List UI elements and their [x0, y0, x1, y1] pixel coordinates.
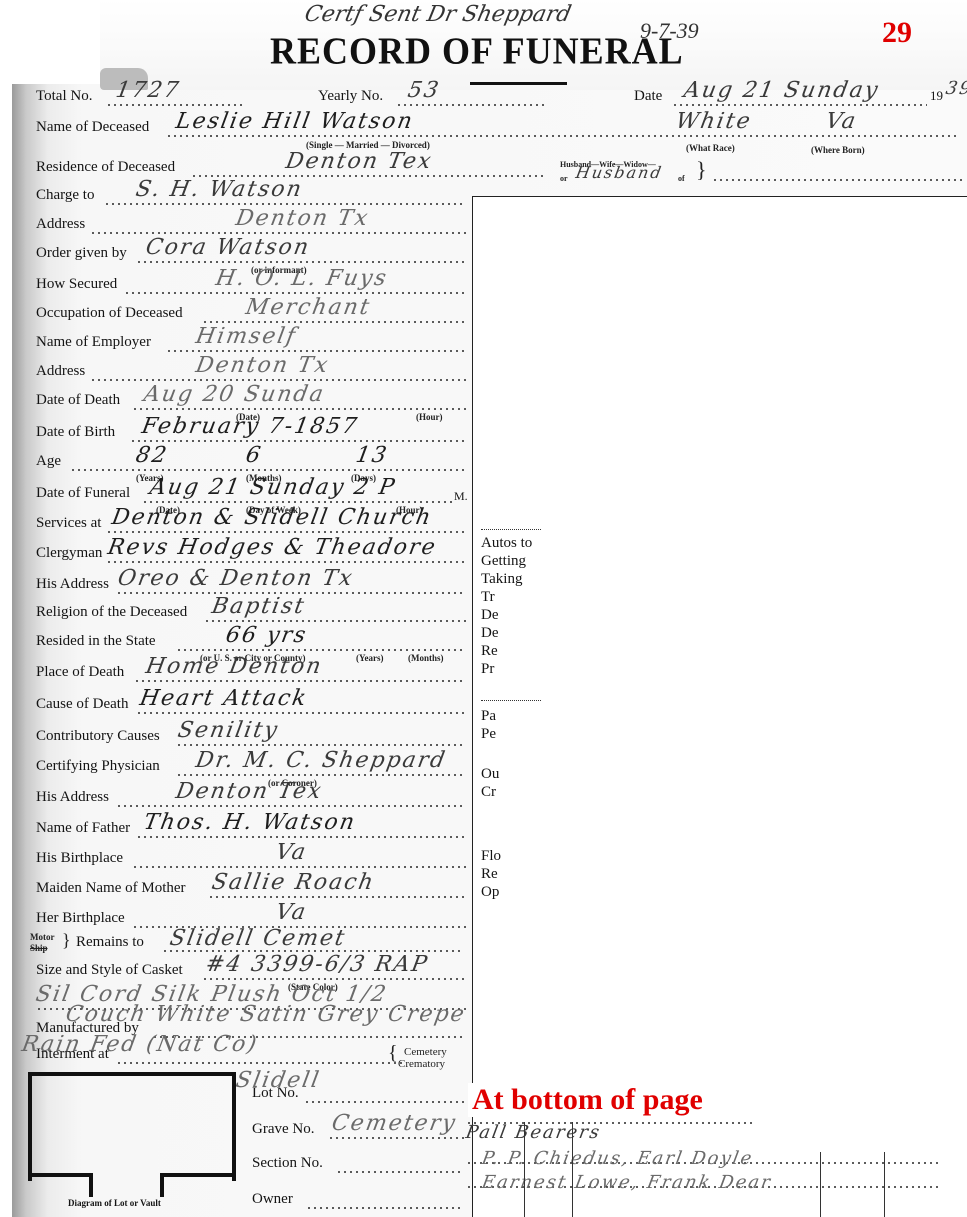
label: How Secured [36, 276, 117, 293]
right-label: Re [481, 642, 541, 660]
label: Address [36, 363, 85, 380]
label: Name of Employer [36, 334, 151, 351]
label: Date of Funeral [36, 485, 130, 502]
dotted-line [306, 1207, 464, 1209]
dotted-line [142, 501, 452, 503]
value: February 7-1857 [140, 414, 361, 439]
value: Slidell Cemet [168, 926, 348, 951]
husband-value: Husband [574, 163, 664, 182]
brace: } [696, 157, 707, 183]
label: His Address [36, 789, 109, 806]
value: Denton Tx [194, 353, 332, 378]
value: Aug 21 Sunday 2 P [148, 475, 398, 500]
right-label: Op [481, 883, 541, 901]
dotted-line [304, 1101, 464, 1103]
label: Religion of the Deceased [36, 604, 187, 621]
dotted-line [176, 744, 466, 746]
dotted-line [104, 203, 466, 205]
diagram-base [28, 1173, 92, 1177]
value: Himself [194, 324, 299, 349]
right-label: Pe [481, 725, 541, 743]
right-label: Pr [481, 660, 541, 678]
label: Grave No. [252, 1121, 314, 1138]
label: Clergyman [36, 545, 102, 562]
label: Address [36, 216, 85, 233]
dotted-line [116, 805, 466, 807]
right-column-labels: Autos to Getting Taking Tr De De Re Pr P… [481, 515, 541, 901]
dotted-line [70, 469, 466, 471]
value: #4 3399-6/3 RAP [204, 952, 431, 977]
value: Denton Tex [174, 779, 325, 804]
dotted-line [328, 1137, 464, 1139]
label: Yearly No. [318, 88, 383, 105]
value: Denton & Slidell Church [110, 505, 435, 530]
label: Contributory Causes [36, 728, 160, 745]
field-name-of-deceased: Name of Deceased Leslie Hill Watson Whit… [36, 119, 967, 145]
dotted-line [166, 350, 466, 352]
diagram-base [160, 1173, 232, 1177]
label: Owner [252, 1191, 293, 1208]
age-months: 6 [244, 443, 264, 468]
manufacturer-line2: Rain Fed (Nat Co) [20, 1032, 260, 1057]
dotted-line [132, 408, 466, 410]
divider [481, 515, 541, 530]
right-label: Ou [481, 765, 541, 783]
motor-option: Motor [30, 932, 55, 942]
label: Date [634, 88, 662, 105]
value: S. H. Watson [134, 177, 305, 202]
ship-option: Ship [30, 943, 48, 953]
dotted-line [176, 774, 466, 776]
column-divider [572, 1122, 573, 1217]
value: Aug 21 Sunday [682, 78, 882, 103]
pm-suffix: M. [454, 489, 468, 504]
dotted-line [124, 292, 466, 294]
dotted-line [336, 1171, 464, 1173]
value: Va [274, 900, 309, 925]
where-born-sublabel: (Where Born) [811, 145, 865, 155]
spacer [481, 743, 541, 765]
brace: } [62, 930, 71, 951]
label: Charge to [36, 187, 94, 204]
diagram-leg [89, 1173, 93, 1197]
value: Merchant [244, 295, 373, 320]
dotted-line [106, 104, 246, 106]
years-sublabel: (Years) [356, 653, 384, 663]
value: Aug 20 Sunda [142, 382, 327, 407]
value: Pall Bearers [464, 1122, 603, 1143]
value: 1727 [114, 78, 182, 103]
dotted-line [136, 261, 466, 263]
right-label: Autos to [481, 534, 541, 552]
value: Senility [176, 718, 281, 743]
right-panel-box: Autos to Getting Taking Tr De De Re Pr P… [472, 196, 967, 1217]
label: Certifying Physician [36, 758, 160, 775]
right-label: Flo [481, 847, 541, 865]
diagram-leg [160, 1173, 164, 1197]
label: Lot No. [252, 1085, 299, 1102]
dotted-line [90, 379, 466, 381]
age-years: 82 [134, 443, 170, 468]
dotted-line [106, 531, 466, 533]
label: Services at [36, 515, 101, 532]
label: His Birthplace [36, 850, 123, 867]
field-name-of-father: Name of Father Thos. H. Watson [36, 820, 466, 846]
age-days: 13 [354, 443, 390, 468]
or-label: or [560, 174, 568, 183]
value: 53 [406, 78, 442, 103]
value: Sallie Roach [210, 870, 377, 895]
value: Oreo & Denton Tx [116, 566, 356, 591]
label: Resided in the State [36, 633, 156, 650]
of-label: of [678, 174, 685, 183]
year-prefix: 19 [930, 88, 943, 104]
page-title: RECORD OF FUNERAL [270, 29, 684, 73]
column-divider [884, 1152, 885, 1217]
dotted-line [136, 712, 466, 714]
label: Occupation of Deceased [36, 305, 183, 322]
label: Age [36, 453, 61, 470]
dotted-line [204, 620, 466, 622]
value: Cora Watson [144, 235, 312, 260]
diagram-label: Diagram of Lot or Vault [68, 1198, 161, 1208]
dotted-line [202, 321, 466, 323]
value: P. P. Chiedus, Earl Doyle [480, 1148, 755, 1169]
label: Residence of Deceased [36, 159, 175, 176]
value: Denton Tx [234, 206, 372, 231]
right-label: Getting [481, 552, 541, 570]
field-interment-at: Interment at Rain Fed (Nat Co) { Cemeter… [36, 1046, 466, 1072]
value: Leslie Hill Watson [174, 109, 416, 134]
title-underline [470, 82, 567, 85]
months-sublabel: (Months) [408, 653, 444, 663]
label: Section No. [252, 1155, 323, 1172]
page-number: 29 [882, 16, 912, 50]
label: Her Birthplace [36, 910, 125, 927]
right-label: De [481, 624, 541, 642]
spacer [481, 801, 541, 847]
value: Thos. H. Watson [142, 810, 358, 835]
label: His Address [36, 576, 109, 593]
column-divider [820, 1152, 821, 1217]
label: Name of Deceased [36, 119, 149, 136]
pallbearers-line1: Pall Bearers [466, 1122, 966, 1148]
column-divider [524, 1122, 525, 1217]
value: Denton Tex [284, 149, 435, 174]
value: Home Denton [144, 654, 325, 679]
value: Dr. M. C. Sheppard [194, 748, 449, 773]
dotted-line [136, 836, 466, 838]
divider [481, 678, 541, 701]
year-value: 39 [944, 78, 967, 99]
label: Remains to [76, 934, 144, 951]
handwritten-annotation: Certf Sent Dr Sheppard [302, 2, 573, 27]
dotted-line [90, 232, 466, 234]
birthplace-value: Va [824, 109, 859, 134]
right-label: Cr [481, 783, 541, 801]
dotted-line [712, 179, 962, 181]
label: Size and Style of Casket [36, 962, 183, 979]
dotted-line [672, 104, 927, 106]
value: Couch White Satin Grey Crepe [64, 1002, 468, 1027]
dotted-line [208, 896, 466, 898]
cemetery-option: Cemetery [404, 1046, 447, 1058]
value: Heart Attack [138, 686, 310, 711]
value: Va [274, 840, 309, 865]
label: Total No. [36, 88, 92, 105]
pallbearers-line3: Earnest Lowe, Frank Dear [466, 1176, 966, 1202]
value: Revs Hodges & Theadore [106, 535, 439, 560]
race-value: White [674, 109, 754, 134]
field-owner: Owner [252, 1191, 467, 1217]
label: Date of Birth [36, 424, 115, 441]
label: Date of Death [36, 392, 120, 409]
field-grave-no: Grave No. Cemetery [252, 1121, 467, 1147]
lot-diagram-box [28, 1072, 236, 1181]
right-label: Re [481, 865, 541, 883]
dotted-line [176, 649, 466, 651]
label: Maiden Name of Mother [36, 880, 186, 897]
bottom-of-page-note: At bottom of page [468, 1083, 707, 1117]
dotted-line [166, 135, 956, 137]
value: Cemetery [330, 1111, 459, 1136]
value: H. O. L. Fuys [214, 266, 390, 291]
field-lot-no: Lot No. [252, 1085, 467, 1111]
crematory-option: Crematory [398, 1058, 445, 1070]
label: Place of Death [36, 664, 124, 681]
right-label: Pa [481, 707, 541, 725]
label: Cause of Death [36, 696, 128, 713]
dotted-line [202, 978, 466, 980]
label: Order given by [36, 245, 127, 262]
hour-sublabel: (Hour) [416, 412, 443, 422]
value: 66 yrs [224, 623, 310, 648]
dotted-line [130, 440, 466, 442]
brace: { [388, 1042, 398, 1065]
right-label: Taking [481, 570, 541, 588]
dotted-line [134, 680, 466, 682]
label: Name of Father [36, 820, 130, 837]
right-label: De [481, 606, 541, 624]
field-mother-maiden-name: Maiden Name of Mother Sallie Roach [36, 880, 466, 906]
dotted-line [106, 561, 466, 563]
right-label: Tr [481, 588, 541, 606]
dotted-line [396, 104, 546, 106]
field-section-no: Section No. [252, 1155, 467, 1181]
dotted-line [132, 866, 466, 868]
race-sublabel: (What Race) [686, 143, 735, 153]
dotted-line [116, 1062, 406, 1064]
value: Baptist [210, 594, 308, 619]
